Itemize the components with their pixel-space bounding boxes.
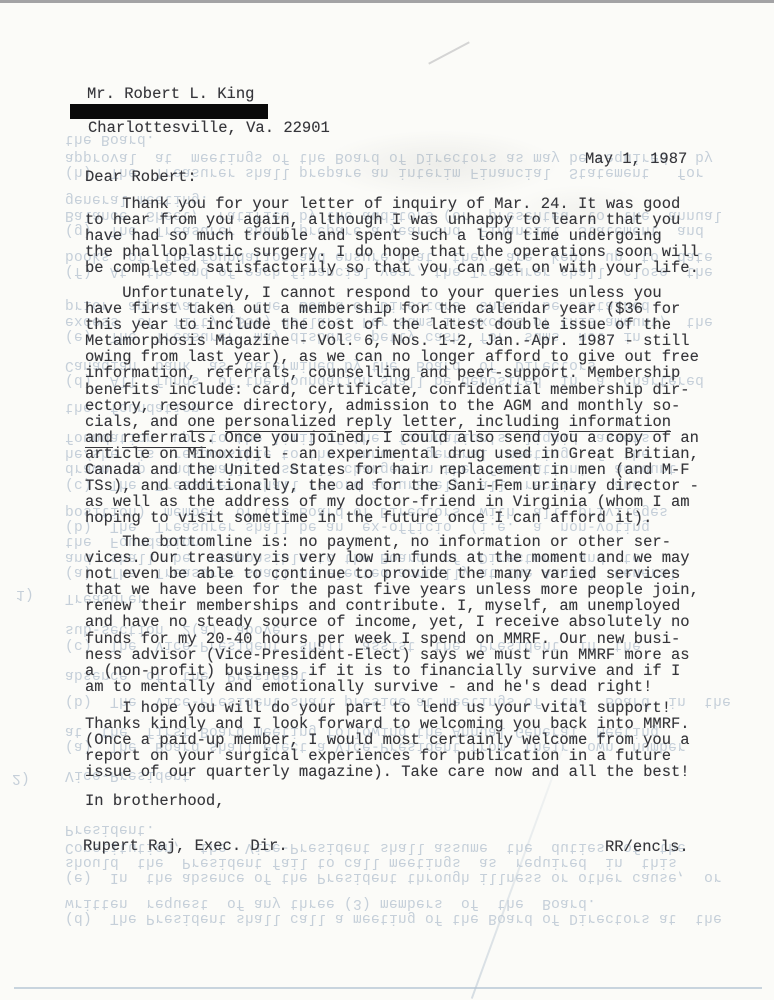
letter-paragraph-2: Unfortunately, I cannot respond to your … (85, 285, 699, 526)
letter-line: to hear from you again, although I was u… (85, 212, 699, 228)
letter-line: have first taken out a membership for th… (85, 301, 699, 317)
letter-date: May 1, 1987 (585, 151, 687, 167)
letter-line: benefits include: card, certificate, con… (85, 382, 699, 398)
letter-line: and referrals. Once you joined, I could … (85, 430, 699, 446)
recipient-name: Mr. Robert L. King (87, 86, 254, 102)
letter-line: issue of our quarterly magazine). Take c… (85, 764, 690, 780)
letter-paragraph-3: The bottomline is: no payment, no inform… (85, 534, 699, 695)
letter-line: am to mentally and emotionally survive -… (85, 679, 699, 695)
signature-name: Rupert Raj, Exec. Dir. (83, 838, 288, 854)
letter-paragraph-4: I hope you will do your part to lend us … (85, 700, 690, 780)
closing-line: In brotherhood, (85, 793, 225, 809)
letter-line: ness advisor (Vice-President-Elect) says… (85, 647, 699, 663)
letter-line: cials, and one personalized reply letter… (85, 414, 699, 430)
letter-line: report on your surgical experiences for … (85, 748, 690, 764)
letter-line: funds for my 20-40 hours per week I spen… (85, 631, 699, 647)
letter-line: Thank you for your letter of inquiry of … (85, 196, 699, 212)
letter-line: Thanks kindly and I look forward to welc… (85, 716, 690, 732)
letter-line: a (non-profit) business if it is to fina… (85, 663, 699, 679)
redaction-bar (70, 104, 268, 119)
letter-line: as well as the address of my doctor-frie… (85, 494, 699, 510)
letter-line: The bottomline is: no payment, no inform… (85, 534, 699, 550)
letter-line: ectory, resource directory, admission to… (85, 398, 699, 414)
letter-line: article on Minoxidil - an experimental d… (85, 446, 699, 462)
reference-initials: RR/encls. (605, 839, 689, 855)
letter-line: I hope you will do your part to lend us … (85, 700, 690, 716)
letter-line: owing from last year), as we can no long… (85, 349, 699, 365)
scanned-letter-page: { "colors": { "paper": "#fbfbf8", "ink":… (0, 0, 774, 1000)
letter-line: Canada and the United States for hair re… (85, 462, 699, 478)
letter-line: Metamorphosis Magazine - Vol. 6, Nos. 1-… (85, 333, 699, 349)
letter-line: this year to include the cost of the lat… (85, 317, 699, 333)
letter-layer: Mr. Robert L. King Charlottesville, Va. … (0, 0, 774, 1000)
letter-line: and have no steady source of income, yet… (85, 614, 699, 630)
salutation: Dear Robert: (85, 169, 197, 185)
letter-line: that we have been for the past five year… (85, 582, 699, 598)
letter-line: hoping to visit sometime in the future o… (85, 510, 699, 526)
letter-line: be completed satisfactorily so that you … (85, 260, 699, 276)
letter-line: TSs), and additionally, the ad for the S… (85, 478, 699, 494)
letter-line: (Once a paid-up member, I would most cer… (85, 732, 690, 748)
letter-line: not even be able to continue to provide … (85, 566, 699, 582)
letter-line: vices. Our treasury is very low in funds… (85, 550, 699, 566)
letter-line: have had so much trouble and spent such … (85, 228, 699, 244)
letter-line: renew their memberships and contribute. … (85, 598, 699, 614)
letter-line: Unfortunately, I cannot respond to your … (85, 285, 699, 301)
letter-paragraph-1: Thank you for your letter of inquiry of … (85, 196, 699, 276)
letter-line: the phalloplastic surgery. I do hope tha… (85, 244, 699, 260)
letter-line: information, referrals, counselling and … (85, 365, 699, 381)
recipient-city: Charlottesville, Va. 22901 (88, 120, 330, 136)
